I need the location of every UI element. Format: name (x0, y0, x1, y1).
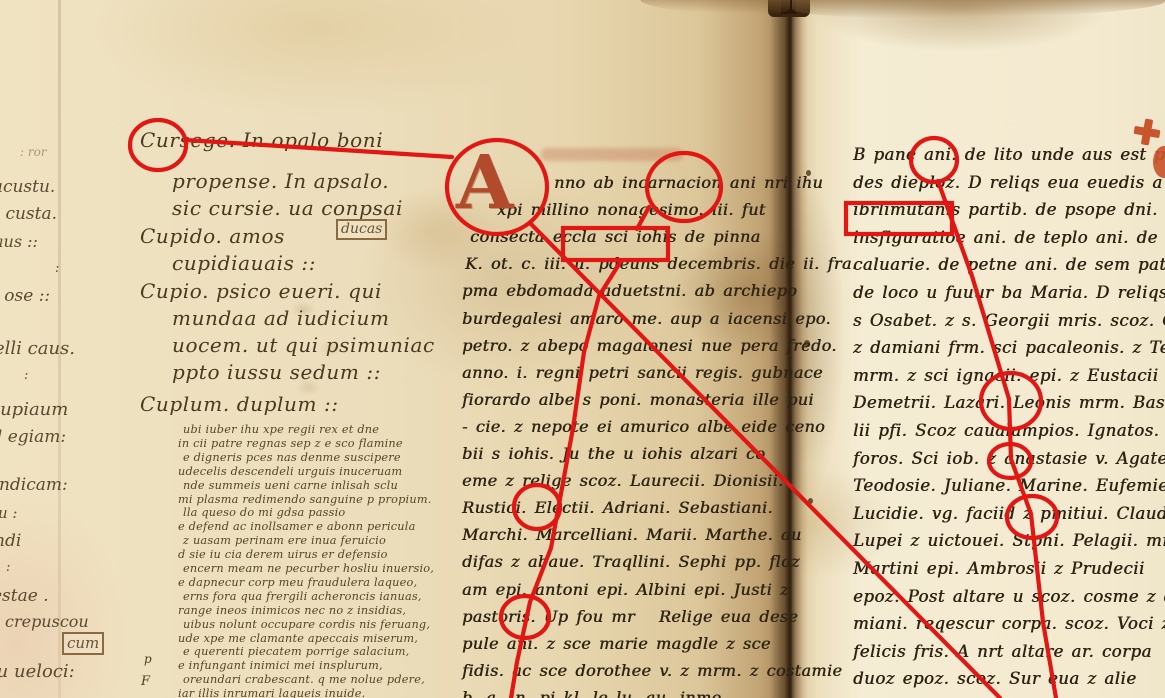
gloss-line: z uasam perinam ere inua feruicio (183, 535, 386, 546)
right-page-line: epoz. Post altare u scoz. cosme z da (853, 589, 1165, 606)
center-column-line: consecta eccla sci iohis de pinna (470, 229, 761, 245)
right-page-line: duoz epoz. scoz. Sur eua z alie (853, 671, 1136, 688)
right-page-line: Demetrii. Lazari. Leonis mrm. Basi (853, 395, 1165, 412)
gloss-line: encern meam ne pecurber hosliu inuersio, (183, 563, 434, 574)
gloss-line: ude xpe me clamante apeccais miserum, (178, 633, 418, 644)
marginal-letter: p (144, 653, 152, 665)
center-column-line: pma ebdomada aduetstni. ab archiepo (462, 283, 797, 299)
gloss-line: nde summeis ueni carne inlisah sclu (183, 480, 398, 491)
center-column-line: petro. z abepo magalonesi nue pera fredo… (462, 338, 837, 354)
margin-column-word: estae . (0, 588, 49, 605)
margin-column-word: d ose :: (0, 288, 50, 305)
center-column-line: b. a. in. pi kl. le lu. au. inmo (462, 690, 721, 698)
margin-column-word: aus :: (0, 234, 38, 250)
margin-column-word: ucustu. (0, 179, 55, 196)
center-column-line: Marchi. Marcelliani. Marii. Marthe. au (462, 527, 802, 543)
center-column-line: Rustici. Electii. Adriani. Sebastiani. (462, 500, 773, 516)
center-column-line: fidis. ac sce dorothee v. z mrm. z costa… (462, 663, 842, 679)
gloss-line: mi plasma redimendo sanguine p propium. (178, 494, 432, 505)
gloss-line: erns fora qua frergili acheroncis ianuas… (183, 591, 422, 602)
margin-column-word: elli caus. (0, 340, 75, 358)
glossary-entry-line: Cupido. amos (140, 226, 285, 246)
right-page-line: s Osabet. z s. Georgii mris. scoz. Cosme (853, 313, 1165, 330)
ink-speck (808, 498, 813, 504)
margin-column-word: e custa. (0, 206, 57, 223)
gloss-line: e dapnecur corp meu fraudulera laqueo, (178, 577, 417, 588)
glossary-entry-line: Cursege. In opalo boni (140, 130, 383, 150)
gloss-line: d sie iu cia derem uirus er defensio (178, 549, 388, 560)
glossary-entry-line: Cupio. psico eueri. qui (140, 281, 382, 301)
gloss-line: in cii patre regnas sep z e sco flamine (178, 438, 403, 449)
gloss-line: iar illis inrumari laqueis inuide. (178, 688, 365, 698)
center-column-line: anno. i. regni petri sancii regis. gubna… (462, 365, 823, 381)
gloss-line: e digneris pces nas denme suscipere (183, 452, 401, 463)
right-page-line: foros. Sci iob. z anastasie v. Agate v. (853, 451, 1165, 468)
margin-column-word: et crepuscou (0, 614, 89, 630)
center-column-line: nno ab incarnacion ani nri ihu (554, 175, 823, 191)
right-page-line: mrm. z sci ignacii. epi. z Eustacii mr. (853, 368, 1165, 385)
right-page-line: felicis fris. A nrt altare ar. corpa (853, 644, 1152, 661)
gloss-line: udecelis descendeli urguis inuceruam (178, 466, 402, 477)
rubricated-initial-a: A (456, 146, 513, 220)
glossary-entry-line: propense. In apsalo. (172, 171, 389, 191)
margin-column-word: ndi (0, 533, 21, 550)
center-column-line: eme z relige scoz. Laurecii. Dionisii. (462, 473, 783, 489)
right-page-line: miani. reqescur corpa. scoz. Voci z (853, 616, 1165, 633)
right-page-line: z damiani frm. sci pacaleonis. z Teodou (853, 340, 1165, 357)
gloss-line: e defend ac inollsamer e abonn pericula (178, 521, 416, 532)
gloss-line: e infungant inimici mei insplurum, (178, 660, 383, 671)
faded-rubric-line (541, 148, 683, 161)
gloss-line: uibus nolunt occupare cordis nis feruang… (183, 619, 430, 630)
right-page-line: insfiguratioe ani. de teplo ani. de mote (853, 230, 1165, 247)
center-column-line: difas z abaue. Traqllini. Sephi pp. floz (462, 554, 800, 570)
glossary-entry-line: uocem. ut qui psimuniac (172, 335, 435, 355)
margin-boxed-word: cum (62, 632, 104, 655)
marginal-letter: F (141, 675, 150, 688)
center-column-line: am epi. antoni epi. Albini epi. Justi z (462, 582, 789, 598)
glossary-entry-line: mundaa ad iudicium (172, 308, 390, 328)
center-column-line: xpi millino nonagesimo. iii. fut (497, 202, 766, 218)
margin-column-word: : (55, 262, 59, 275)
margin-column-word: : ror (20, 146, 47, 158)
margin-column-word: undicam: (0, 477, 68, 494)
glossary-entry-line: cupidiauais :: (172, 253, 316, 273)
margin-column-word: : (6, 561, 10, 574)
gloss-line: range ineos inimicos nec no z insidias, (178, 605, 406, 616)
right-page-line: de loco u fuuur ba Maria. D reliqs eua (853, 285, 1165, 302)
glossary-entry-line: Cuplum. duplum :: (140, 394, 339, 414)
right-page-line: des dieploz. D reliqs eua euedis a (853, 175, 1163, 192)
manuscript-photo: : rorucustu.e custa.aus :::d ose ::elli … (0, 0, 1165, 698)
center-column-line: bii s iohis. Ju the u iohis alzari co (462, 446, 765, 462)
glossary-entry-line: sic cursie. ua conpsai (172, 198, 403, 218)
right-page-line: Martini epi. Ambrosii z Prudecii (853, 561, 1145, 578)
right-page-line: lii pfi. Scoz caualampios. Ignatos. Teo (853, 423, 1165, 440)
margin-column-word: : (24, 369, 28, 382)
glossary-entry-line: ppto iussu sedum :: (172, 362, 381, 382)
gloss-line: lla queso do mi gdsa passio (183, 507, 345, 518)
center-column-line: pastoris. Up fou mr Relige eua dese (462, 609, 798, 625)
right-page-line: Lupei z uictouei. Stphi. Pelagii. mr (853, 533, 1165, 550)
center-column-line: burdegalesi amaro me. aup a iacensi epo. (462, 311, 831, 327)
gloss-line: oreundari crabescant. q me nolue pdere, (183, 674, 425, 685)
ducas-ink-box: ducas (336, 219, 387, 240)
margin-column-word: fu ueloci: (0, 663, 75, 681)
right-page-line: Teodosie. Juliane. Marine. Eufemie. (853, 478, 1165, 495)
center-column-line: K. ot. c. iii. u. pdeuns decembris. die … (465, 256, 857, 272)
center-column-line: - cie. z nepote ei amurico albe eide cen… (462, 419, 825, 435)
gloss-line: e querenti piecatem porrige salacium, (183, 646, 409, 657)
margin-column-word: cupiaum (0, 401, 68, 419)
right-page-line: caluarie. de petne ani. de sem pat nr (853, 257, 1165, 274)
right-page-line: ibrlimutanis partib. de psope dni. de (853, 202, 1165, 219)
right-page-line: Lucidie. vg. faciid z pmitiui. Claud (853, 506, 1165, 523)
gloss-line: ubi iuber ihu xpe regii rex et dne (183, 424, 379, 435)
margin-column-word: id egiam: (0, 429, 66, 446)
center-column-line: fiorardo albe s poni. monasteria ille pu… (462, 392, 814, 408)
center-column-line: pule ani. z sce marie magdle z sce (462, 636, 771, 652)
right-page-line: B pane ani. de lito unde aus est pe (853, 147, 1165, 164)
margin-column-word: u : (0, 506, 17, 521)
